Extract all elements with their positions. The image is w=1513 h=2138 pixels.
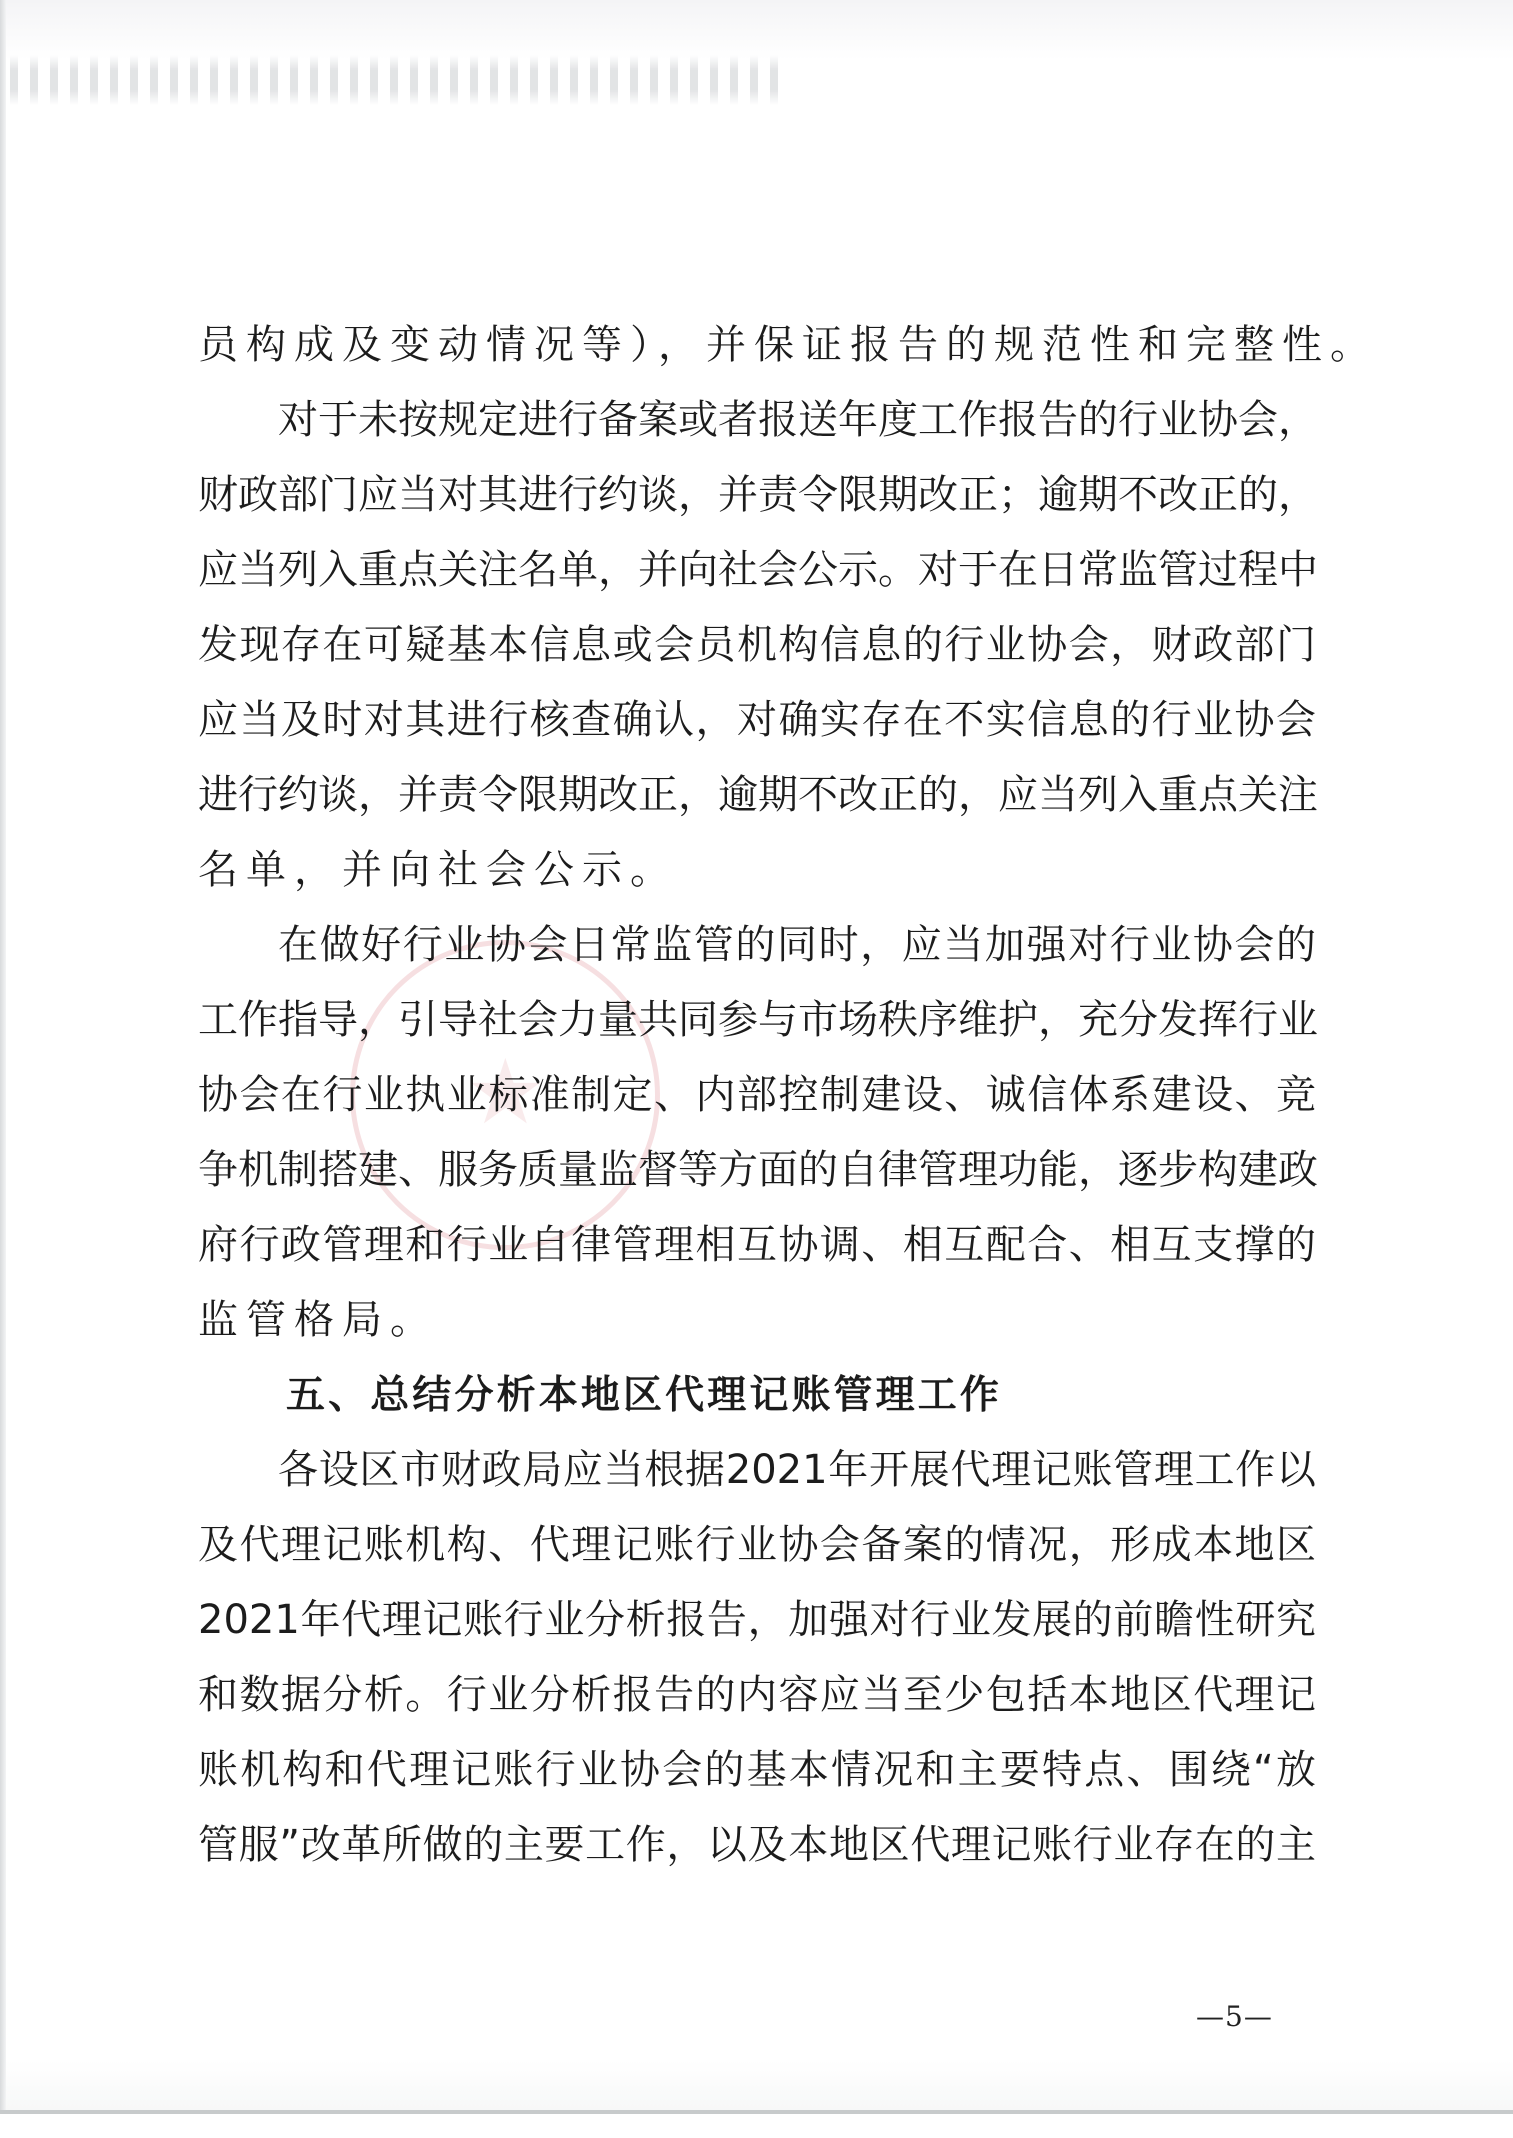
paragraph-line: 进行约谈，并责令限期改正，逾期不改正的，应当列入重点关注 [198, 758, 1316, 833]
paragraph-line: 在做好行业协会日常监管的同时，应当加强对行业协会的 [198, 908, 1316, 983]
paragraph-line: 争机制搭建、服务质量监督等方面的自律管理功能，逐步构建政 [198, 1133, 1316, 1208]
paragraph-line: 管服”改革所做的主要工作，以及本地区代理记账行业存在的主 [198, 1808, 1316, 1883]
bleed-through-text [10, 55, 790, 105]
paragraph-line: 府行政管理和行业自律管理相互协调、相互配合、相互支撑的 [198, 1208, 1316, 1283]
paragraph-line: 员构成及变动情况等），并保证报告的规范性和完整性。 [198, 308, 1316, 383]
paragraph-line: 财政部门应当对其进行约谈，并责令限期改正；逾期不改正的， [198, 458, 1316, 533]
paragraph-line: 名单，并向社会公示。 [198, 833, 1316, 908]
paragraph-line: 应当列入重点关注名单，并向社会公示。对于在日常监管过程中 [198, 533, 1316, 608]
paragraph-line: 各设区市财政局应当根据2021年开展代理记账管理工作以 [198, 1433, 1316, 1508]
scan-bottom-border [0, 2110, 1513, 2138]
paragraph-line: 账机构和代理记账行业协会的基本情况和主要特点、围绕“放 [198, 1733, 1316, 1808]
paragraph-line: 协会在行业执业标准制定、内部控制建设、诚信体系建设、竞 [198, 1058, 1316, 1133]
paragraph-line: 2021年代理记账行业分析报告，加强对行业发展的前瞻性研究 [198, 1583, 1316, 1658]
scan-edge-shadow [0, 0, 6, 2110]
paragraph-line: 监管格局。 [198, 1283, 1316, 1358]
page-number: —5— [1196, 2000, 1273, 2033]
body-text: 员构成及变动情况等），并保证报告的规范性和完整性。 对于未按规定进行备案或者报送… [198, 308, 1316, 1883]
paragraph-line: 应当及时对其进行核查确认，对确实存在不实信息的行业协会 [198, 683, 1316, 758]
paragraph-line: 和数据分析。行业分析报告的内容应当至少包括本地区代理记 [198, 1658, 1316, 1733]
paragraph-line: 发现存在可疑基本信息或会员机构信息的行业协会，财政部门 [198, 608, 1316, 683]
section-heading: 五、总结分析本地区代理记账管理工作 [198, 1358, 1316, 1433]
paragraph-line: 及代理记账机构、代理记账行业协会备案的情况，形成本地区 [198, 1508, 1316, 1583]
paragraph-line: 工作指导，引导社会力量共同参与市场秩序维护，充分发挥行业 [198, 983, 1316, 1058]
document-page: ★ 员构成及变动情况等），并保证报告的规范性和完整性。 对于未按规定进行备案或者… [0, 0, 1513, 2110]
paragraph-line: 对于未按规定进行备案或者报送年度工作报告的行业协会， [198, 383, 1316, 458]
